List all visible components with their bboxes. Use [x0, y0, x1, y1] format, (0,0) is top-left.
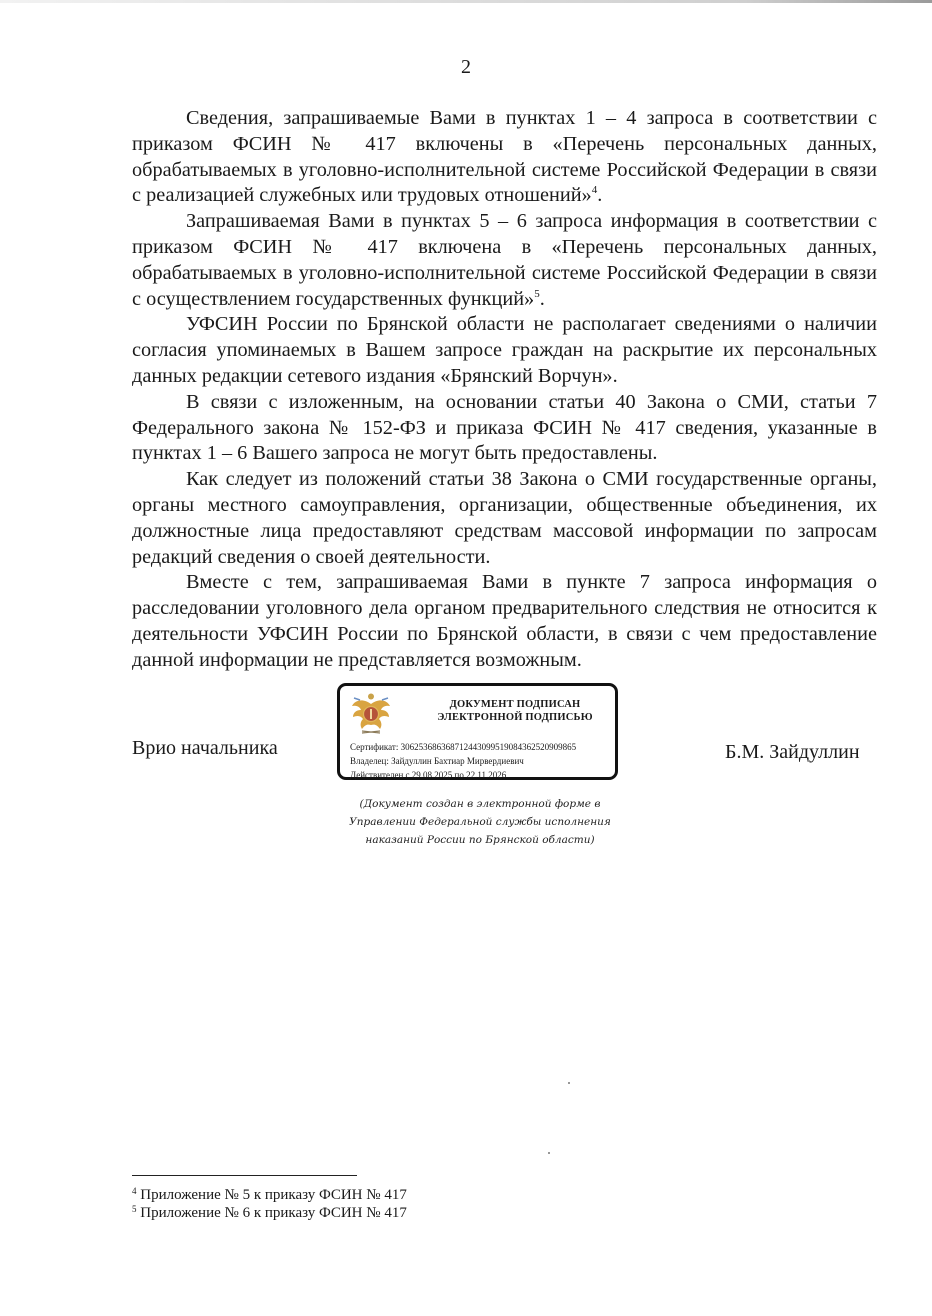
stamp-header: ДОКУМЕНТ ПОДПИСАН ЭЛЕКТРОННОЙ ПОДПИСЬЮ: [420, 698, 610, 724]
paragraph-media-law: Как следует из положений статьи 38 Закон…: [132, 467, 877, 570]
certificate-number: Сертификат: 3062536863687124430995190843…: [350, 740, 576, 754]
paragraph-personal-data-service: Сведения, запрашиваемые Вами в пунктах 1…: [132, 106, 877, 209]
footnote-4: 4 Приложение № 5 к приказу ФСИН № 417: [132, 1186, 407, 1204]
electronic-signature-stamp: ДОКУМЕНТ ПОДПИСАН ЭЛЕКТРОННОЙ ПОДПИСЬЮ С…: [337, 683, 618, 780]
stamp-details: Сертификат: 3062536863687124430995190843…: [350, 740, 576, 782]
paragraph-personal-data-functions: Запрашиваемая Вами в пунктах 5 – 6 запро…: [132, 209, 877, 312]
signer-position: Врио начальника: [132, 737, 278, 760]
footnote-divider: [132, 1175, 357, 1176]
scan-edge: [0, 0, 932, 3]
scan-speck: [568, 1082, 570, 1084]
page-number: 2: [0, 56, 932, 79]
scan-speck: [548, 1152, 550, 1154]
paragraph-refusal-basis: В связи с изложенным, на основании стать…: [132, 390, 877, 467]
electronic-document-note: (Документ создан в электронной форме в У…: [330, 795, 630, 849]
certificate-validity: Действителен с 29.08.2025 по 22.11.2026: [350, 768, 576, 782]
paragraph-no-consent: УФСИН России по Брянской области не расп…: [132, 312, 877, 389]
paragraph-investigation: Вместе с тем, запрашиваемая Вами в пункт…: [132, 570, 877, 673]
signer-name: Б.М. Зайдуллин: [725, 741, 860, 764]
footnotes: 4 Приложение № 5 к приказу ФСИН № 417 5 …: [132, 1186, 407, 1222]
fsin-emblem-icon: [349, 692, 393, 736]
certificate-owner: Владелец: Зайдуллин Бахтиар Мирвердиевич: [350, 754, 576, 768]
footnote-5: 5 Приложение № 6 к приказу ФСИН № 417: [132, 1204, 407, 1222]
letter-body: Сведения, запрашиваемые Вами в пунктах 1…: [132, 106, 877, 674]
